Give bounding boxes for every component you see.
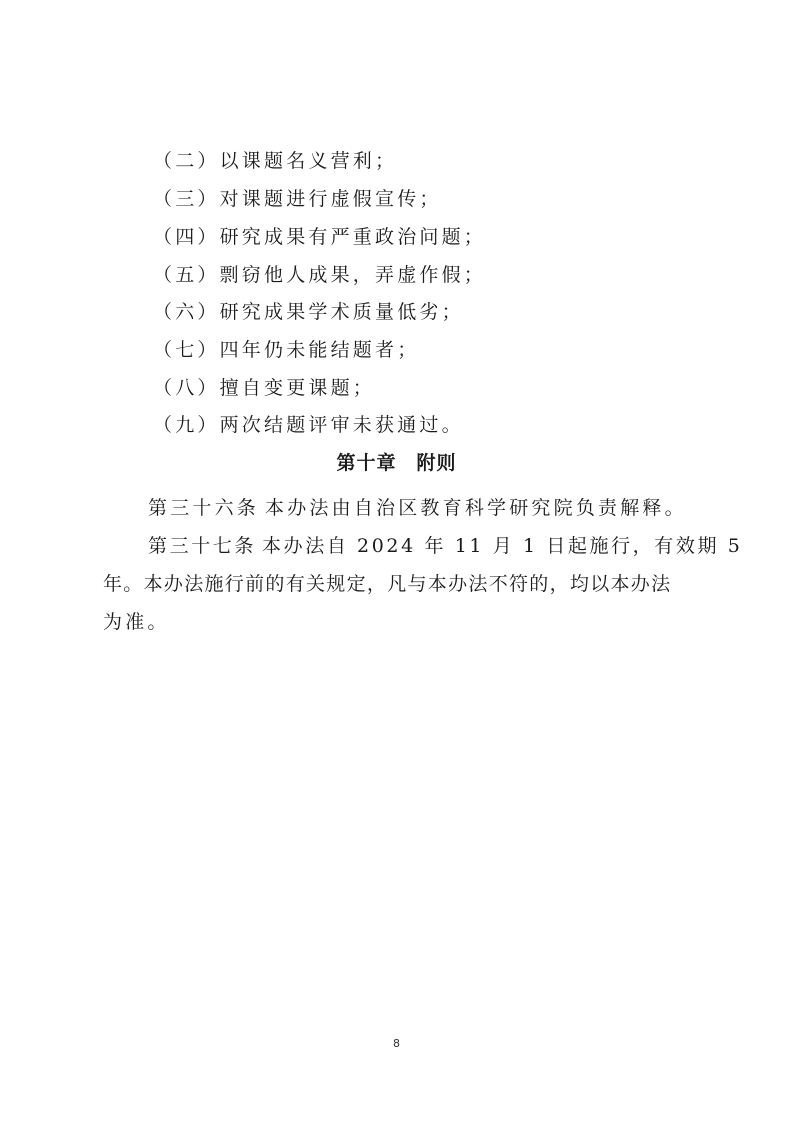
article-37-line-2: 年。本办法施行前的有关规定，凡与本办法不符的，均以本办法 — [103, 572, 671, 596]
page-number: 8 — [0, 1037, 793, 1051]
list-item: （九）两次结题评审未获通过。 — [153, 413, 464, 437]
list-item: （七）四年仍未能结题者； — [153, 338, 419, 362]
article-36: 第三十六条本办法由自治区教育科学研究院负责解释。 — [148, 496, 687, 520]
list-item: （三）对课题进行虚假宣传； — [153, 187, 442, 211]
article-label: 第三十六条 — [148, 497, 259, 519]
article-text: 本办法由自治区教育科学研究院负责解释。 — [265, 497, 687, 519]
list-item: （六）研究成果学术质量低劣； — [153, 300, 464, 324]
document-page: （二）以课题名义营利； （三）对课题进行虚假宣传； （四）研究成果有严重政治问题… — [0, 0, 793, 1122]
list-item: （二）以课题名义营利； — [153, 149, 397, 173]
article-label: 第三十七条 — [148, 535, 256, 557]
article-text: 本办法自 2024 年 11 月 1 日起施行，有效期 5 — [262, 535, 742, 557]
article-37-line-3: 为准。 — [103, 610, 170, 634]
article-37-line-1: 第三十七条本办法自 2024 年 11 月 1 日起施行，有效期 5 — [148, 534, 742, 558]
list-item: （八）擅自变更课题； — [153, 376, 375, 400]
chapter-heading: 第十章 附则 — [0, 451, 793, 475]
list-item: （五）剽窃他人成果，弄虚作假； — [153, 263, 486, 287]
list-item: （四）研究成果有严重政治问题； — [153, 225, 486, 249]
